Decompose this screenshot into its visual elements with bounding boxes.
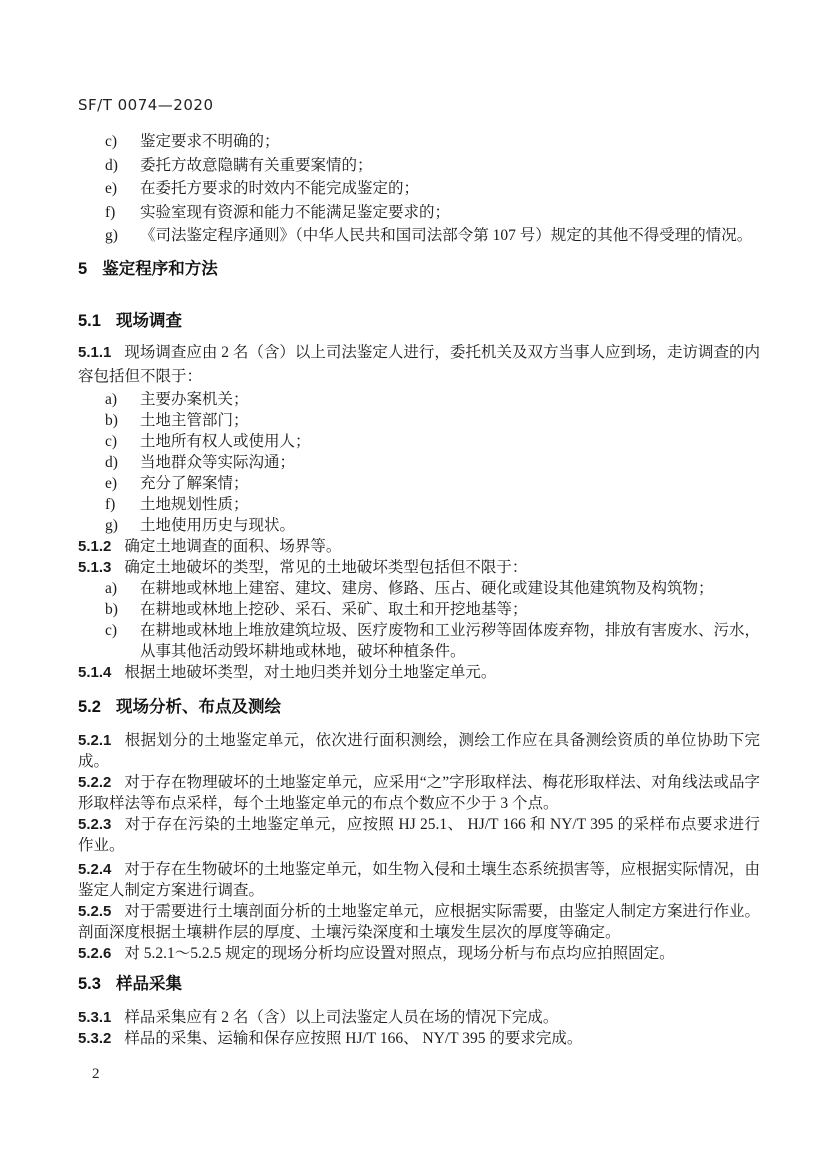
list-item-marker: c) <box>78 431 140 452</box>
list-item-marker: g) <box>78 515 140 536</box>
document-page: SF/T 0074—2020 c) 鉴定要求不明确的； d) 委托方故意隐瞒有关… <box>0 0 827 1169</box>
list-item: c) 在耕地或林地上堆放建筑垃圾、医疗废物和工业污秽等固体废弃物，排放有害废水、… <box>78 620 760 662</box>
clause-text: 根据划分的土地鉴定单元，依次进行面积测绘，测绘工作应在具备测绘资质的单位协助下完… <box>78 732 760 770</box>
clause-number: 5.2.4 <box>78 861 111 878</box>
clause-number: 5.3.2 <box>78 1030 111 1047</box>
clause-5-1-2: 5.1.2确定土地调查的面积、场界等。 <box>78 536 760 557</box>
list-item-marker: e) <box>78 473 140 494</box>
list-item: d) 委托方故意隐瞒有关重要案情的； <box>78 154 760 178</box>
list-item: g) 《司法鉴定程序通则》（中华人民共和国司法部令第 107 号）规定的其他不得… <box>78 224 760 248</box>
clause-number: 5.2.5 <box>78 903 111 920</box>
clause-5-2-4: 5.2.4对于存在生物破坏的土地鉴定单元，如生物入侵和土壤生态系统损害等，应根据… <box>78 859 760 901</box>
list-item: b) 在耕地或林地上挖砂、采石、采矿、取土和开挖地基等； <box>78 599 760 620</box>
list-item-text: 在耕地或林地上建窑、建坟、建房、修路、压占、硬化或建设其他建筑物及构筑物； <box>140 578 760 599</box>
list-item-marker: f) <box>78 494 140 515</box>
list-item: g) 土地使用历史与现状。 <box>78 515 760 536</box>
damage-types-list: a) 在耕地或林地上建窑、建坟、建房、修路、压占、硬化或建设其他建筑物及构筑物；… <box>78 578 760 662</box>
clause-text: 确定土地破坏的类型，常见的土地破坏类型包括但不限于： <box>124 559 527 576</box>
list-item-text: 土地所有权人或使用人； <box>140 431 760 452</box>
section-title: 现场调查 <box>116 312 182 330</box>
clause-number: 5.2.2 <box>78 774 111 791</box>
clause-text: 对于存在生物破坏的土地鉴定单元，如生物入侵和土壤生态系统损害等，应根据实际情况，… <box>78 861 760 899</box>
page-number: 2 <box>92 1066 100 1083</box>
list-item-marker: a) <box>78 389 140 410</box>
list-item: e) 在委托方要求的时效内不能完成鉴定的； <box>78 177 760 201</box>
list-item-marker: g) <box>78 224 140 248</box>
list-item: f) 实验室现有资源和能力不能满足鉴定要求的； <box>78 201 760 225</box>
section-number: 5.2 <box>78 698 101 716</box>
clause-text: 样品采集应有 2 名（含）以上司法鉴定人员在场的情况下完成。 <box>124 1009 558 1026</box>
section-5-1-heading: 5.1现场调查 <box>78 311 760 331</box>
clause-number: 5.1.3 <box>78 559 111 576</box>
clause-5-1-3: 5.1.3确定土地破坏的类型，常见的土地破坏类型包括但不限于： <box>78 557 760 578</box>
section-5-2-heading: 5.2现场分析、布点及测绘 <box>78 697 760 717</box>
list-item-text: 《司法鉴定程序通则》（中华人民共和国司法部令第 107 号）规定的其他不得受理的… <box>140 224 760 248</box>
standard-code-header: SF/T 0074—2020 <box>78 96 213 114</box>
clause-5-2-2: 5.2.2对于存在物理破坏的土地鉴定单元，应采用“之”字形取样法、梅花形取样法、… <box>78 772 760 814</box>
list-item: a) 在耕地或林地上建窑、建坟、建房、修路、压占、硬化或建设其他建筑物及构筑物； <box>78 578 760 599</box>
list-item-marker: c) <box>78 130 140 154</box>
clause-number: 5.2.3 <box>78 816 111 833</box>
list-item-text: 土地主管部门； <box>140 410 760 431</box>
clause-5-2-5: 5.2.5对于需要进行土壤剖面分析的土地鉴定单元，应根据实际需要，由鉴定人制定方… <box>78 901 760 943</box>
clause-text: 对 5.2.1～5.2.5 规定的现场分析均应设置对照点，现场分析与布点均应拍照… <box>124 945 674 962</box>
clause-number: 5.1.2 <box>78 538 111 555</box>
list-item-marker: c) <box>78 620 140 662</box>
clause-number: 5.2.6 <box>78 945 111 962</box>
clause-text: 现场调查应由 2 名（含）以上司法鉴定人进行，委托机关及双方当事人应到场，走访调… <box>78 344 760 385</box>
clause-5-2-3: 5.2.3对于存在污染的土地鉴定单元，应按照 HJ 25.1、 HJ/T 166… <box>78 814 760 856</box>
clause-number: 5.1.4 <box>78 664 111 681</box>
clause-text: 对于存在物理破坏的土地鉴定单元，应采用“之”字形取样法、梅花形取样法、对角线法或… <box>78 774 760 812</box>
clause-text: 根据土地破坏类型，对土地归类并划分土地鉴定单元。 <box>124 664 496 681</box>
list-item-text: 充分了解案情； <box>140 473 760 494</box>
list-item: f) 土地规划性质； <box>78 494 760 515</box>
list-item-text: 主要办案机关； <box>140 389 760 410</box>
page-content: c) 鉴定要求不明确的； d) 委托方故意隐瞒有关重要案情的； e) 在委托方要… <box>78 130 760 1049</box>
list-item-text: 鉴定要求不明确的； <box>140 130 760 154</box>
clause-5-3-2: 5.3.2样品的采集、运输和保存应按照 HJ/T 166、 NY/T 395 的… <box>78 1028 760 1049</box>
list-item-marker: d) <box>78 452 140 473</box>
list-item-marker: b) <box>78 410 140 431</box>
clause-number: 5.3.1 <box>78 1009 111 1026</box>
list-item-text: 土地规划性质； <box>140 494 760 515</box>
clause-5-1-1: 5.1.1现场调查应由 2 名（含）以上司法鉴定人进行，委托机关及双方当事人应到… <box>78 341 760 389</box>
clause-text: 对于需要进行土壤剖面分析的土地鉴定单元，应根据实际需要，由鉴定人制定方案进行作业… <box>78 903 760 941</box>
chapter-number: 5 <box>78 260 87 278</box>
list-item-text: 当地群众等实际沟通； <box>140 452 760 473</box>
list-item: e) 充分了解案情； <box>78 473 760 494</box>
list-item-text: 土地使用历史与现状。 <box>140 515 760 536</box>
list-item: d) 当地群众等实际沟通； <box>78 452 760 473</box>
list-item-marker: a) <box>78 578 140 599</box>
clause-number: 5.2.1 <box>78 732 111 749</box>
list-item-marker: b) <box>78 599 140 620</box>
list-item-text: 在耕地或林地上挖砂、采石、采矿、取土和开挖地基等； <box>140 599 760 620</box>
clause-5-3-1: 5.3.1样品采集应有 2 名（含）以上司法鉴定人员在场的情况下完成。 <box>78 1007 760 1028</box>
list-item-marker: d) <box>78 154 140 178</box>
chapter-5-heading: 5鉴定程序和方法 <box>78 259 760 279</box>
list-item-text: 委托方故意隐瞒有关重要案情的； <box>140 154 760 178</box>
clause-text: 样品的采集、运输和保存应按照 HJ/T 166、 NY/T 395 的要求完成。 <box>124 1030 582 1047</box>
clause-text: 确定土地调查的面积、场界等。 <box>124 538 341 555</box>
list-item-text: 在委托方要求的时效内不能完成鉴定的； <box>140 177 760 201</box>
survey-content-list: a) 主要办案机关； b) 土地主管部门； c) 土地所有权人或使用人； d) … <box>78 389 760 536</box>
list-item-marker: e) <box>78 177 140 201</box>
list-item-text: 实验室现有资源和能力不能满足鉴定要求的； <box>140 201 760 225</box>
section-title: 样品采集 <box>116 975 182 993</box>
clause-5-1-4: 5.1.4根据土地破坏类型，对土地归类并划分土地鉴定单元。 <box>78 662 760 683</box>
section-5-3-heading: 5.3样品采集 <box>78 974 760 994</box>
section-title: 现场分析、布点及测绘 <box>116 698 281 716</box>
section-number: 5.3 <box>78 975 101 993</box>
clause-5-2-6: 5.2.6对 5.2.1～5.2.5 规定的现场分析均应设置对照点，现场分析与布… <box>78 943 760 964</box>
rejection-cases-list: c) 鉴定要求不明确的； d) 委托方故意隐瞒有关重要案情的； e) 在委托方要… <box>78 130 760 248</box>
clause-text: 对于存在污染的土地鉴定单元，应按照 HJ 25.1、 HJ/T 166 和 NY… <box>78 816 760 854</box>
list-item-text: 在耕地或林地上堆放建筑垃圾、医疗废物和工业污秽等固体废弃物，排放有害废水、污水，… <box>140 620 760 662</box>
list-item: c) 土地所有权人或使用人； <box>78 431 760 452</box>
list-item: a) 主要办案机关； <box>78 389 760 410</box>
chapter-title: 鉴定程序和方法 <box>102 260 218 278</box>
clause-number: 5.1.1 <box>78 344 111 361</box>
section-number: 5.1 <box>78 312 101 330</box>
list-item-marker: f) <box>78 201 140 225</box>
list-item: c) 鉴定要求不明确的； <box>78 130 760 154</box>
clause-5-2-1: 5.2.1根据划分的土地鉴定单元，依次进行面积测绘，测绘工作应在具备测绘资质的单… <box>78 730 760 772</box>
list-item: b) 土地主管部门； <box>78 410 760 431</box>
